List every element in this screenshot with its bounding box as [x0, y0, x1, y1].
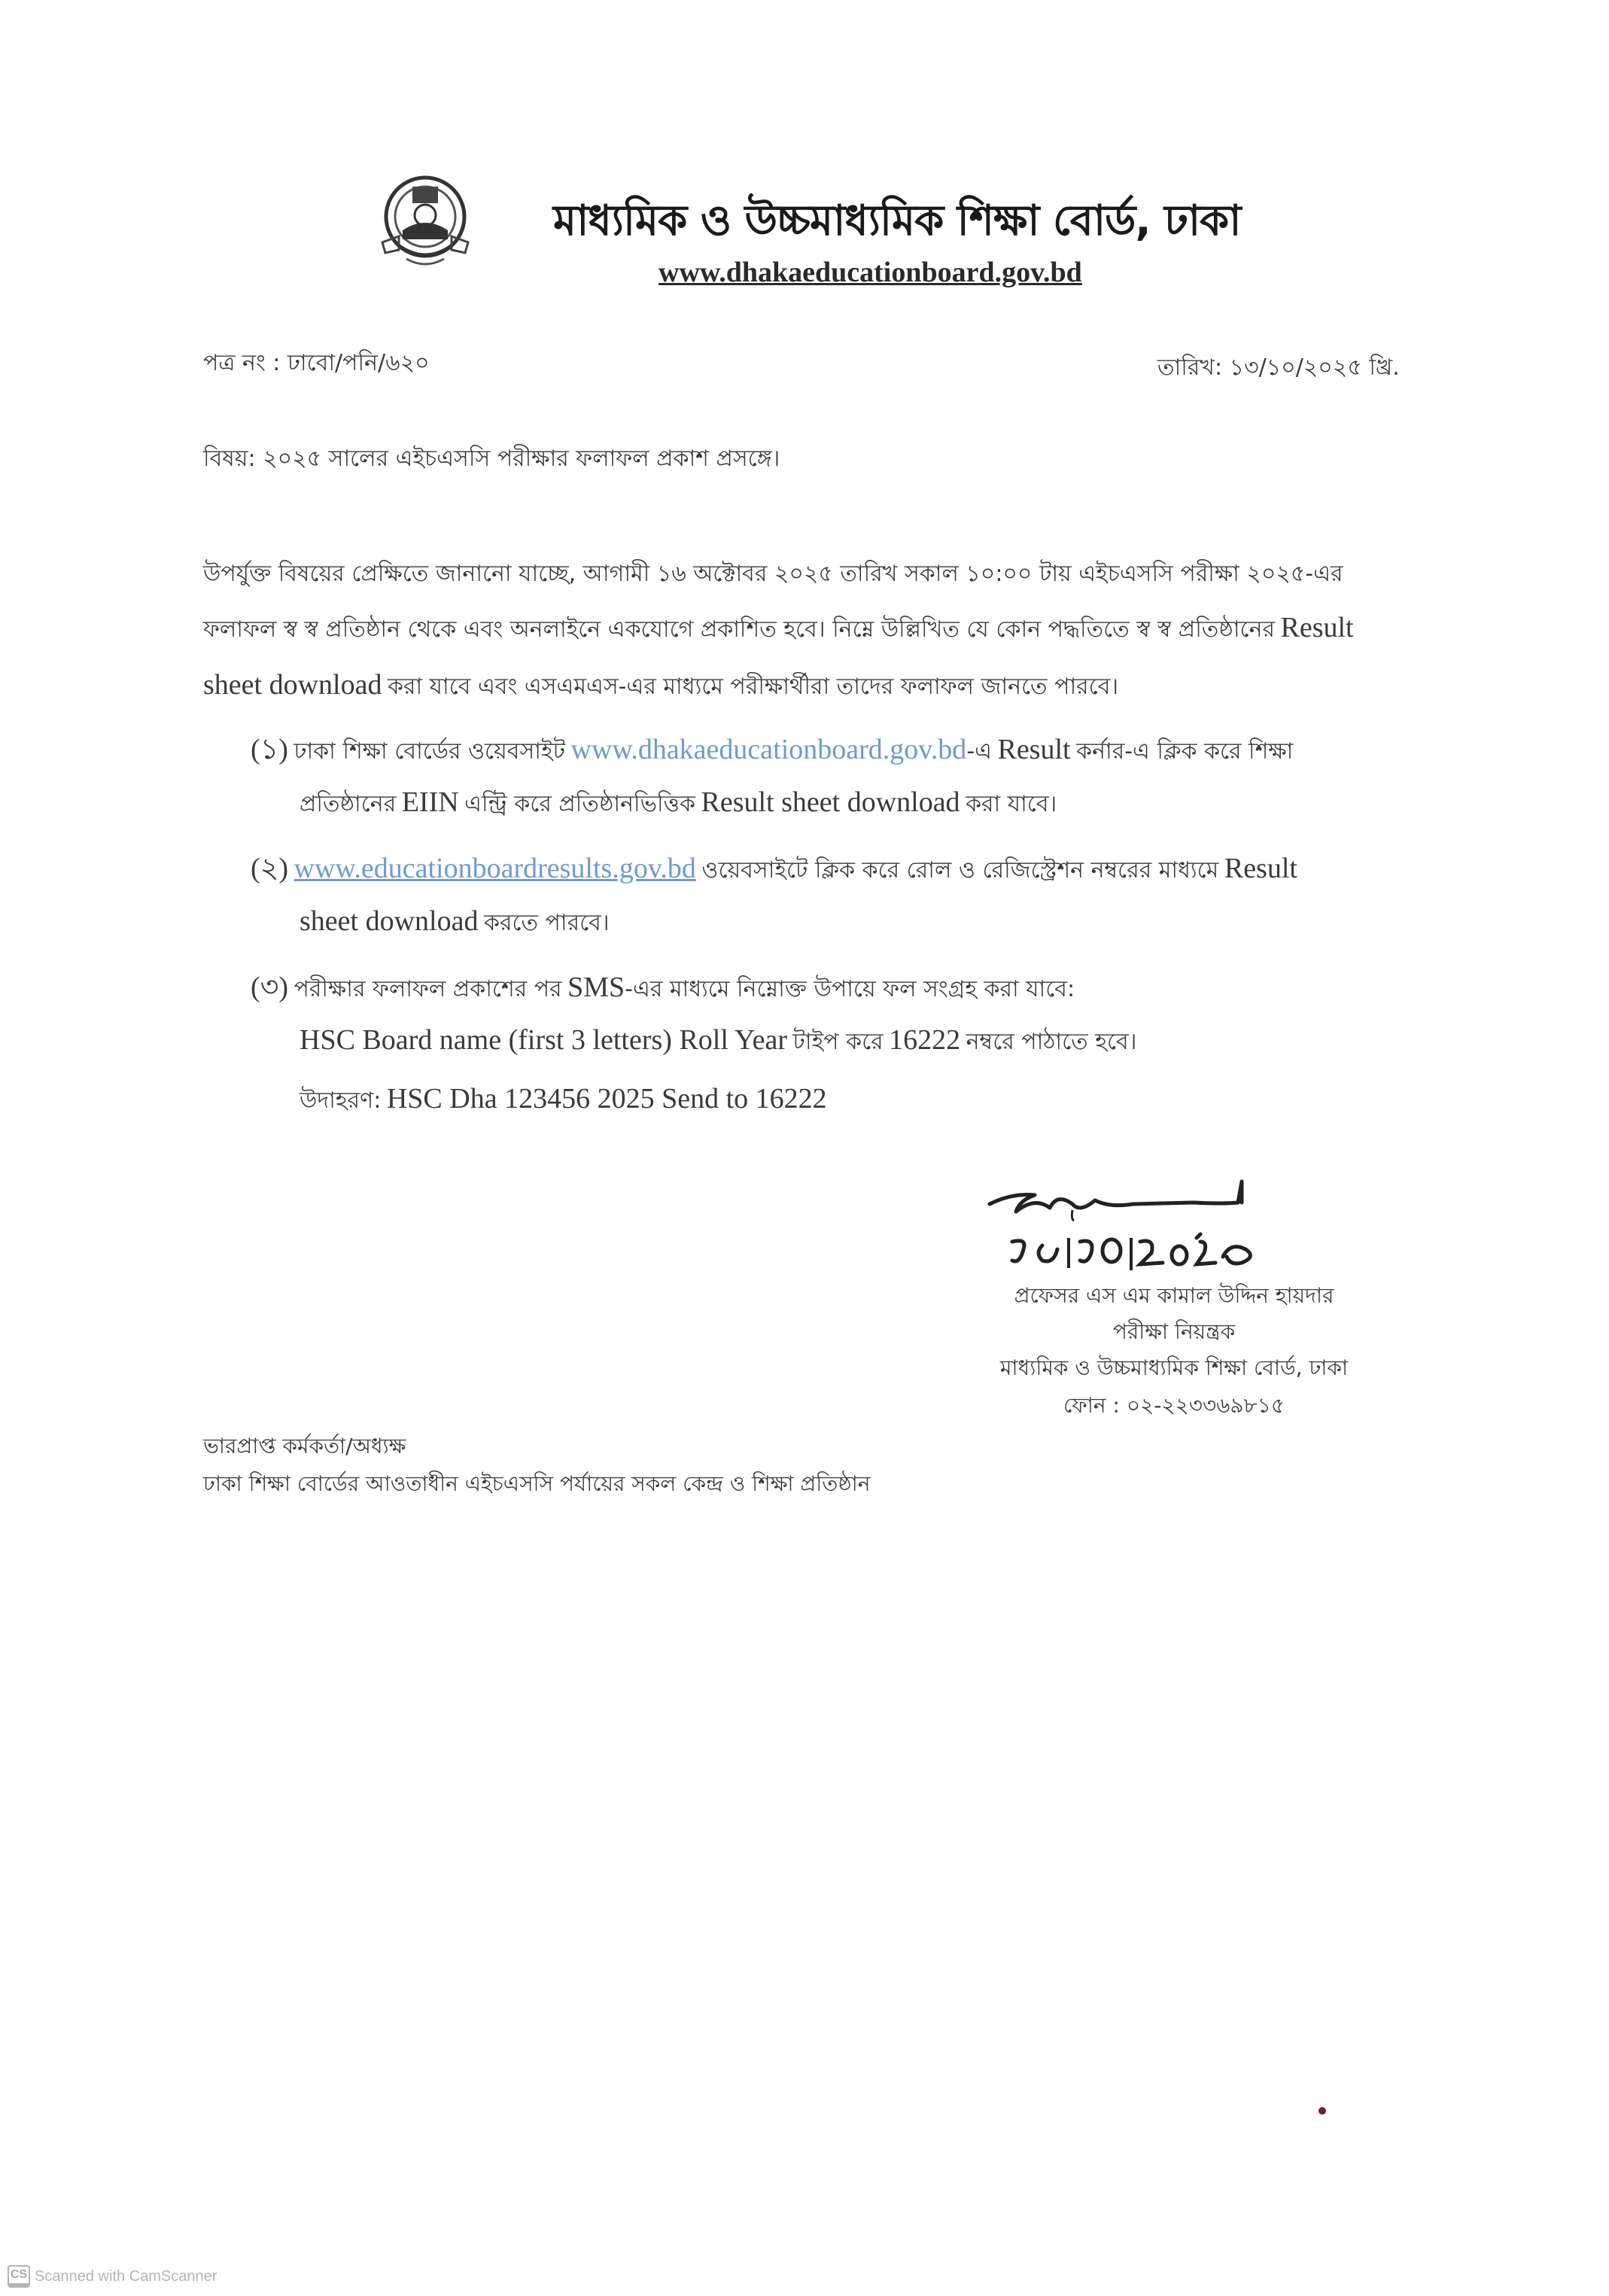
board-website-link[interactable]: www.dhakaeducationboard.gov.bd [659, 256, 1082, 289]
item-text: sheet download [300, 905, 478, 937]
camscanner-watermark: CS Scanned with CamScanner [8, 2265, 217, 2288]
list-item-1-continued: প্রতিষ্ঠানের EIIN এন্ট্রি করে প্রতিষ্ঠান… [300, 786, 1057, 824]
recipient-line-1: ভারপ্রাপ্ত কর্মকর্তা/অধ্যক্ষ [203, 1430, 406, 1465]
stray-mark [1319, 2107, 1326, 2115]
camscanner-logo-icon: CS [8, 2265, 30, 2288]
signatory-organization: মাধ্যমিক ও উচ্চমাধ্যমিক শিক্ষা বোর্ড, ঢা… [941, 1352, 1407, 1387]
signatory-designation: পরীক্ষা নিয়ন্ত্রক [941, 1315, 1407, 1351]
result-word: Result [1281, 612, 1354, 643]
recipient-line-2: ঢাকা শিক্ষা বোর্ডের আওতাধীন এইচএসসি পর্য… [203, 1467, 870, 1503]
item-text: ঢাকা শিক্ষা বোর্ডের ওয়েবসাইট [294, 738, 564, 765]
item-text: ওয়েবসাইটে ক্লিক করে রোল ও রেজিস্ট্রেশন … [701, 857, 1218, 883]
list-item-2: (২) www.educationboardresults.gov.bd ওয়… [251, 846, 1297, 894]
body-line-2: ফলাফল স্ব স্ব প্রতিষ্ঠান থেকে এবং অনলাইন… [203, 611, 1354, 649]
eiin-text: EIIN [402, 786, 459, 818]
body-line-1: উপর্যুক্ত বিষয়ের প্রেক্ষিতে জানানো যাচ্… [203, 555, 1343, 594]
example-text: HSC Dha 123456 2025 Send to 16222 [387, 1083, 827, 1115]
signatory-phone: ফোন : ০২-২২৩৩৬৯৮১৫ [941, 1389, 1407, 1425]
item-text: Result sheet download [701, 786, 960, 818]
body-line-3-text: করা যাবে এবং এসএমএস-এর মাধ্যমে পরীক্ষার্… [388, 674, 1118, 700]
item-text: -এর মাধ্যমে নিম্নোক্ত উপায়ে ফল সংগ্রহ ক… [625, 976, 1075, 1002]
list-item-2-continued: sheet download করতে পারবে। [300, 905, 610, 943]
item-number: (৩) [251, 972, 288, 1003]
memo-date: তারিখ: ১৩/১০/২০২৫ খ্রি. [1157, 349, 1400, 388]
item-text: Result [997, 734, 1070, 765]
item-number: (১) [251, 734, 288, 765]
education-board-results-link[interactable]: www.educationboardresults.gov.bd [294, 853, 696, 884]
item-text: Result [1224, 853, 1297, 884]
item-number: (২) [251, 853, 288, 884]
sms-format: HSC Board name (first 3 letters) Roll Ye… [300, 1024, 787, 1056]
sms-format-line: HSC Board name (first 3 letters) Roll Ye… [300, 1023, 1136, 1062]
memo-number: পত্র নং : ঢাবো/পনি/৬২০ [203, 345, 430, 383]
example-label: উদাহরণ: [300, 1087, 381, 1114]
board-emblem-icon [376, 170, 474, 275]
body-line-3: sheet download করা যাবে এবং এসএমএস-এর মা… [203, 668, 1118, 707]
item-text: করতে পারবে। [484, 910, 610, 936]
item-text: কর্নার-এ ক্লিক করে শিক্ষা [1076, 738, 1293, 765]
sms-example-line: উদাহরণ: HSC Dha 123456 2025 Send to 1622… [300, 1082, 827, 1121]
signatory-name: প্রফেসর এস এম কামাল উদ্দিন হায়দার [941, 1279, 1407, 1315]
item-text: টাইপ করে [793, 1029, 884, 1055]
watermark-text: Scanned with CamScanner [35, 2268, 217, 2285]
body-line-2-text: ফলাফল স্ব স্ব প্রতিষ্ঠান থেকে এবং অনলাইন… [203, 616, 1275, 643]
item-text: করা যাবে। [966, 791, 1057, 817]
sheet-download-text: sheet download [203, 669, 382, 701]
item-text: নম্বরে পাঠাতে হবে। [966, 1029, 1137, 1055]
dhaka-board-website-link[interactable]: www.dhakaeducationboard.gov.bd [570, 734, 966, 765]
item-text: -এ [966, 738, 992, 765]
list-item-1: (১) ঢাকা শিক্ষা বোর্ডের ওয়েবসাইট www.dh… [251, 727, 1293, 775]
signature-icon [982, 1166, 1328, 1279]
subject-line: বিষয়: ২০২৫ সালের এইচএসসি পরীক্ষার ফলাফল… [203, 440, 780, 479]
board-name-heading: মাধ্যমিক ও উচ্চমাধ্যমিক শিক্ষা বোর্ড, ঢা… [553, 188, 1240, 259]
sms-shortcode: 16222 [889, 1024, 960, 1056]
item-text: প্রতিষ্ঠানের [300, 791, 396, 817]
item-text: SMS [567, 972, 625, 1003]
list-item-3: (৩) পরীক্ষার ফলাফল প্রকাশের পর SMS-এর মা… [251, 965, 1075, 1013]
item-text: এন্ট্রি করে প্রতিষ্ঠানভিত্তিক [464, 791, 695, 817]
item-text: পরীক্ষার ফলাফল প্রকাশের পর [294, 976, 562, 1002]
